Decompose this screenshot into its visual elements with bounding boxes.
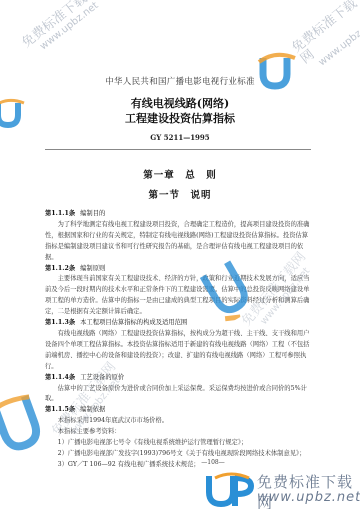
reference-item: 1）广播电影电视部七号令《有线电视系统维护运行管理暂行规定》；: [45, 438, 313, 449]
article-number: 第1.1.4条: [45, 374, 75, 381]
article-title: 本工程项目估算指标的构成及适用范围: [80, 319, 187, 326]
article-title: 工艺设备的原价: [80, 374, 124, 381]
document-title-line2: 工程建设投资估算指标: [0, 110, 360, 126]
watermark-cn-text: 免费标准下载网: [257, 471, 360, 509]
up-logo-icon: [0, 95, 28, 129]
watermark-cn-text: 免费标准下载网: [20, 0, 100, 51]
watermark-url-text: www.upbz.net: [307, 16, 360, 76]
article-heading: 第1.1.2条编制原则: [45, 264, 313, 275]
article-heading: 第1.1.5条编制依据: [45, 405, 313, 416]
standard-code: GY 5211—1995: [0, 133, 360, 142]
header-divider: [45, 149, 311, 150]
section-heading: 第一节 说明: [0, 187, 360, 201]
article-heading: 第1.1.3条本工程项目估算指标的构成及适用范围: [45, 318, 313, 329]
watermark-bottom-right: 免费标准下载网 www.upbz.net: [205, 470, 360, 509]
watermark-url-text: www.upbz.net: [29, 0, 107, 60]
article-paragraph: 估算中的工艺设备原价为进价或合同价加上采运保费。采运保费均按进价或合同价的5%计…: [45, 384, 313, 406]
up-logo-icon: [0, 389, 49, 462]
article-paragraph: 为了科学地测定有线电视工程建设项目投资，合理确定工程造价，提高项目建设投资的准确…: [45, 220, 313, 264]
watermark-url-text: www.upbz.net: [257, 490, 360, 505]
up-logo-icon: [205, 472, 255, 508]
article-number: 第1.1.1条: [45, 210, 75, 217]
page-number: —108—: [138, 459, 288, 466]
up-logo-icon: [255, 48, 299, 92]
article-number: 第1.1.5条: [45, 406, 75, 413]
issuing-organization: 中华人民共和国广播电影电视行业标准: [0, 75, 360, 87]
watermark-cn-text: 免费标准下载网: [290, 0, 360, 67]
document-body: 第1.1.1条编制目的 为了科学地测定有线电视工程建设项目投资，合理确定工程造价…: [45, 209, 313, 471]
document-title-line1: 有线电视线路(网络): [0, 95, 360, 111]
watermark-top-left: 免费标准下载网 www.upbz.net: [20, 0, 107, 60]
article-heading: 第1.1.1条编制目的: [45, 209, 313, 220]
article-paragraph: 本指标主要参考资料：: [45, 427, 313, 438]
article-number: 第1.1.2条: [45, 265, 75, 272]
article-paragraph: 有线电视线路（网络）工程建设投资估算指标，按构成分为超干线、主干线、支干线和用户…: [45, 329, 313, 373]
article-title: 编制目的: [80, 210, 105, 217]
article-paragraph: 主要体现当前国家有关工程建设技术、经济的方针，政策和行业近期技术发展方向，适应当…: [45, 274, 313, 318]
watermark-top-right: 免费标准下载网 www.upbz.net: [290, 0, 360, 76]
article-paragraph: 本指标采用1994年底武汉市市场价格。: [45, 416, 313, 427]
article-title: 编制原则: [80, 265, 105, 272]
article-number: 第1.1.3条: [45, 319, 75, 326]
article-title: 编制依据: [80, 406, 105, 413]
chapter-heading: 第一章 总 则: [0, 167, 360, 181]
document-page: 中华人民共和国广播电影电视行业标准 有线电视线路(网络) 工程建设投资估算指标 …: [0, 0, 360, 509]
article-heading: 第1.1.4条工艺设备的原价: [45, 373, 313, 384]
